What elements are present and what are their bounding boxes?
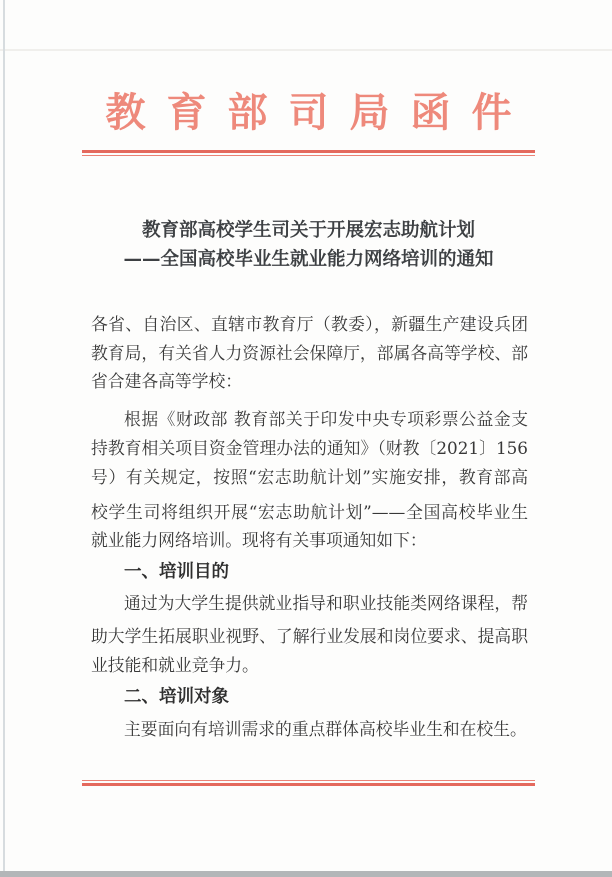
body-line-12: 业技能和就业竞争力。: [91, 652, 528, 678]
scan-left-edge: [3, 0, 5, 877]
body-line-7: 校学生司将组织开展“宏志助航计划”——全国高校毕业生: [91, 499, 528, 525]
footer-double-rule: [82, 780, 535, 786]
section-heading-1: 一、培训目的: [91, 559, 528, 585]
body-line-1: 各省、自治区、直辖市教育厅（教委），新疆生产建设兵团: [91, 311, 528, 337]
document-title-line2: ——全国高校毕业生就业能力网络培训的通知: [86, 245, 531, 274]
body-line-2: 教育局，有关省人力资源社会保障厅，部属各高等学校、部: [91, 340, 528, 366]
document-masthead: 教育部司局函件: [82, 90, 535, 136]
scan-bottom-edge: [0, 871, 612, 877]
document-title: 教育部高校学生司关于开展宏志助航计划 ——全国高校毕业生就业能力网络培训的通知: [86, 216, 531, 274]
body-line-8: 就业能力网络培训。现将有关事项通知如下：: [91, 527, 528, 553]
scanned-document-page: 教育部司局函件 教育部高校学生司关于开展宏志助航计划 ——全国高校毕业生就业能力…: [0, 0, 612, 877]
body-line-11: 助大学生拓展职业视野、了解行业发展和岗位要求、提高职: [91, 623, 528, 649]
body-line-10: 通过为大学生提供就业指导和职业技能类网络课程，帮: [91, 590, 528, 616]
rule-thin-line: [82, 780, 535, 781]
rule-thick-line: [82, 150, 535, 153]
document-title-line1: 教育部高校学生司关于开展宏志助航计划: [86, 216, 531, 245]
section-heading-2: 二、培训对象: [91, 684, 528, 710]
masthead-double-rule: [82, 150, 535, 156]
body-line-4: 根据《财政部 教育部关于印发中央专项彩票公益金支: [91, 406, 528, 432]
body-line-6: 号）有关规定，按照“宏志助航计划”实施安排，教育部高: [91, 464, 528, 490]
body-line-3: 省合建各高等学校：: [91, 368, 528, 394]
body-line-5: 持教育相关项目资金管理办法的通知》（财教〔2021〕156: [91, 435, 528, 461]
scan-crease-line: [0, 49, 612, 51]
rule-thin-line: [82, 155, 535, 156]
rule-thick-line: [82, 783, 535, 786]
body-line-14: 主要面向有培训需求的重点群体高校毕业生和在校生。: [91, 716, 528, 742]
